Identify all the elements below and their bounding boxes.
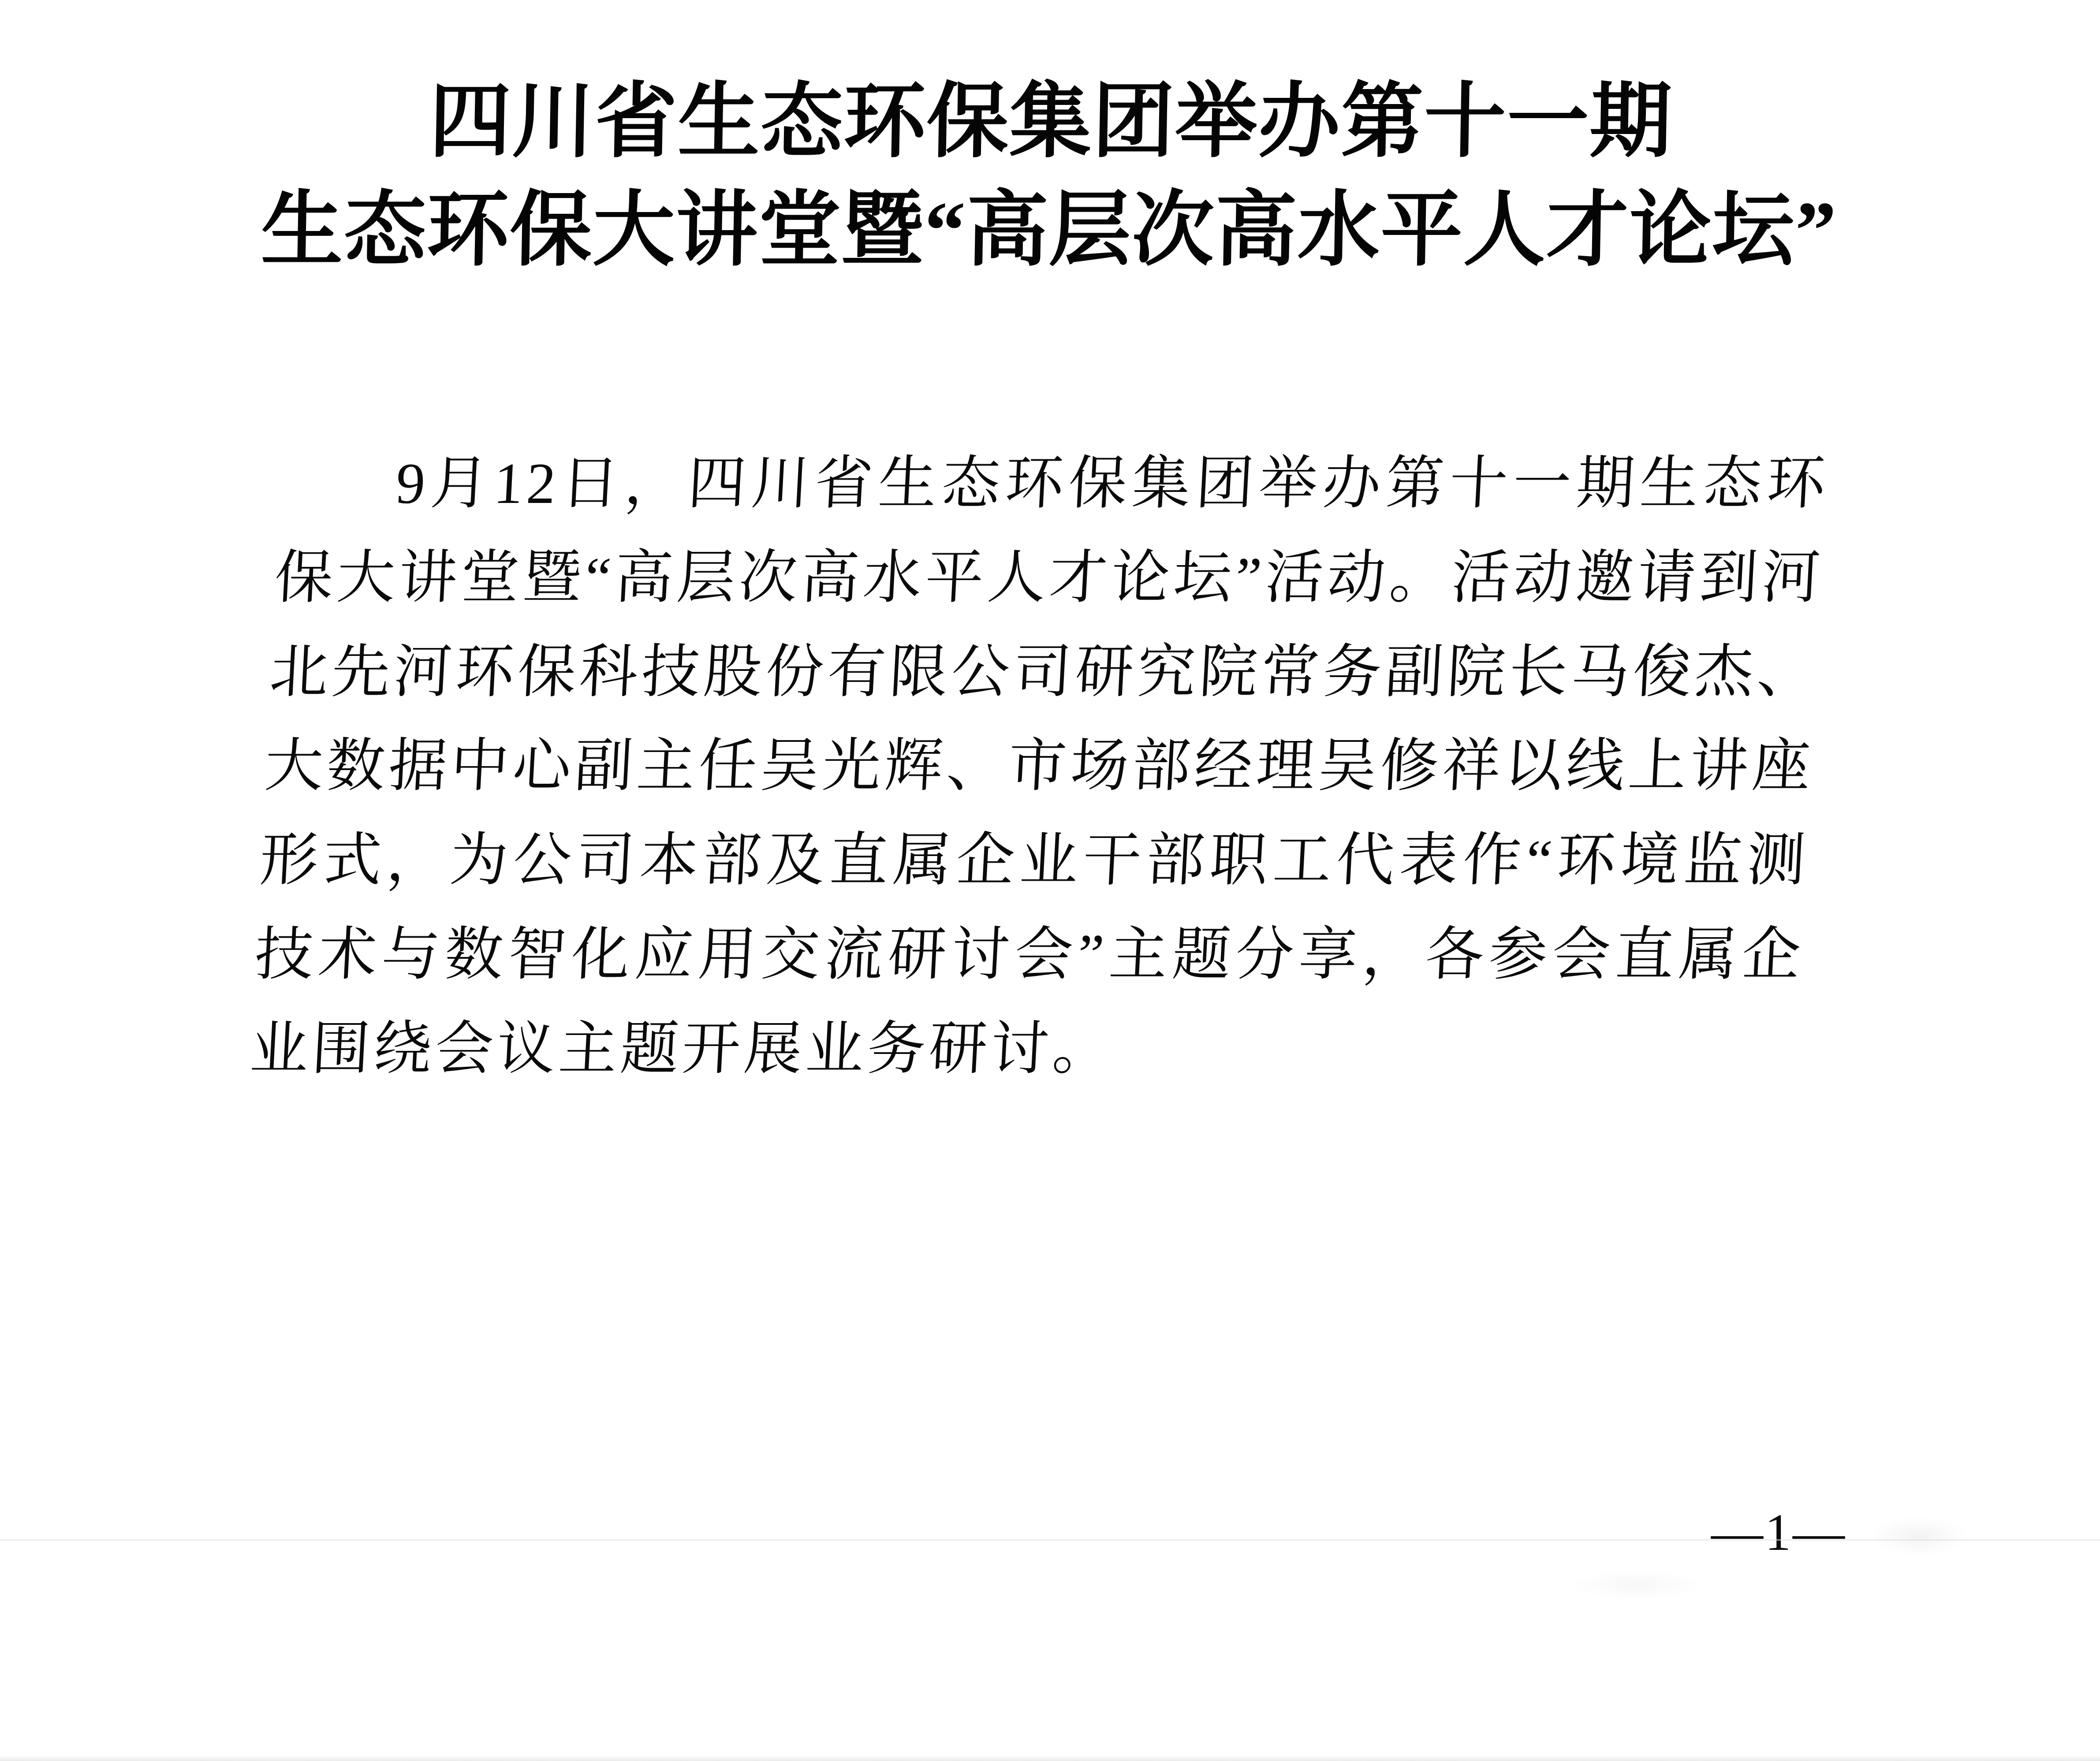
scan-edge-artifact — [0, 1755, 2100, 1761]
title-line-1: 四川省生态环保集团举办第十一期 — [132, 68, 1969, 177]
scan-smudge-artifact — [1871, 1516, 1968, 1556]
page-number: —1— — [1711, 1503, 1846, 1563]
title-line-2: 生态环保大讲堂暨“高层次高水平人才论坛” — [131, 177, 1968, 285]
document-page: 四川省生态环保集团举办第十一期 生态环保大讲堂暨“高层次高水平人才论坛” 9月1… — [0, 0, 2100, 1761]
document-title: 四川省生态环保集团举办第十一期 生态环保大讲堂暨“高层次高水平人才论坛” — [131, 68, 1970, 285]
body-paragraph: 9月12日，四川省生态环保集团举办第十一期生态环保大讲堂暨“高层次高水平人才论坛… — [248, 436, 1831, 1096]
scan-smudge-artifact — [1571, 1569, 1703, 1600]
scan-crease-artifact — [0, 1539, 2100, 1541]
